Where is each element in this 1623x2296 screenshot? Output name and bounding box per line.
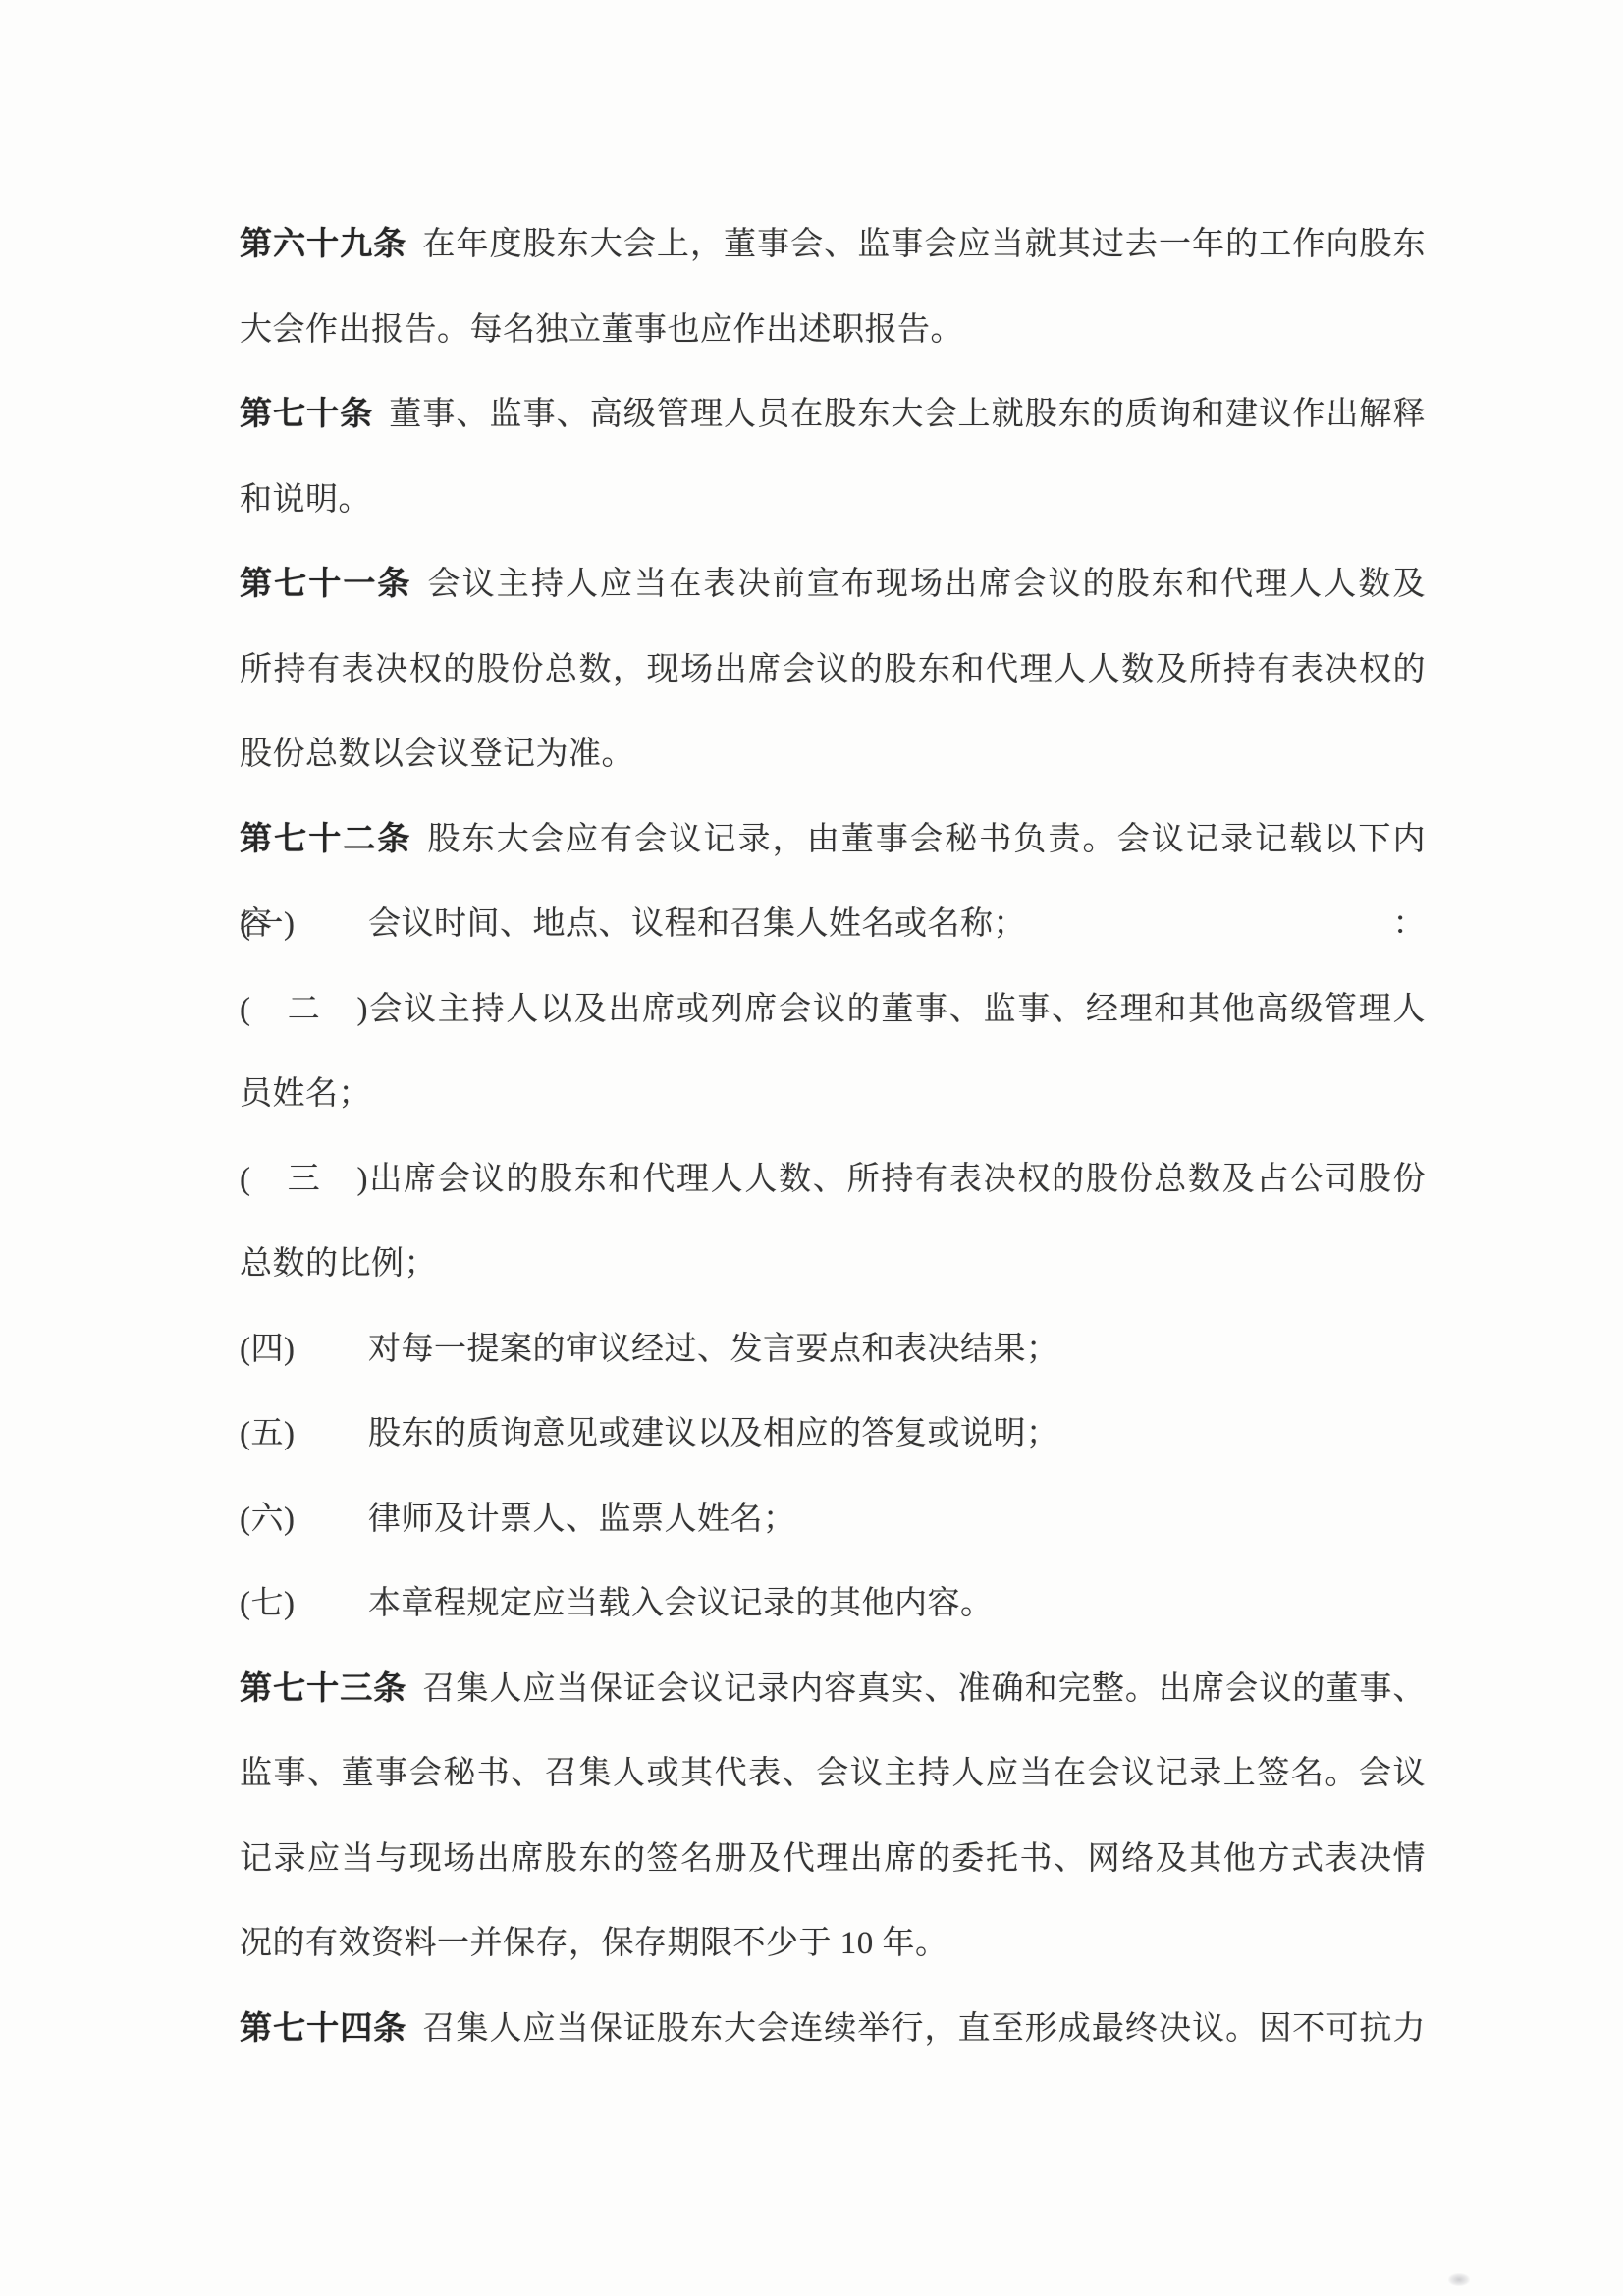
article-number: 第七十四条 <box>240 2011 406 2047</box>
text-line: 第七十三条召集人应当保证会议记录内容真实、准确和完整。出席会议的董事、 <box>240 1647 1426 1732</box>
line-text: 召集人应当保证股东大会连续举行，直至形成最终决议。因不可抗力 <box>422 2011 1426 2047</box>
text-line: 第七十二条股东大会应有会议记录，由董事会秘书负责。会议记录记载以下内容： <box>240 797 1426 883</box>
line-text: 和说明。 <box>240 482 371 518</box>
line-text: 员姓名； <box>240 1076 371 1112</box>
list-item-marker: (一) <box>240 882 368 967</box>
text-line: 总数的比例； <box>240 1222 1426 1307</box>
line-text: 监事、董事会秘书、召集人或其代表、会议主持人应当在会议记录上签名。会议 <box>240 1756 1426 1791</box>
line-text: 记录应当与现场出席股东的签名册及代理出席的委托书、网络及其他方式表决情 <box>240 1841 1426 1877</box>
list-item-marker: (六) <box>240 1477 368 1562</box>
article-number: 第六十九条 <box>240 227 406 262</box>
line-text: 所持有表决权的股份总数，现场出席会议的股东和代理人人数及所持有表决权的 <box>240 652 1426 687</box>
scan-artifact <box>1448 2273 1470 2286</box>
line-text: 会议时间、地点、议程和召集人姓名或名称； <box>368 906 1026 942</box>
list-item-marker: (七) <box>240 1561 368 1647</box>
article-number: 第七十条 <box>240 397 373 432</box>
line-text: 召集人应当保证会议记录内容真实、准确和完整。出席会议的董事、 <box>422 1671 1426 1707</box>
line-text: 出席会议的股东和代理人人数、所持有表决权的股份总数及占公司股份 <box>368 1162 1426 1197</box>
text-line: 况的有效资料一并保存，保存期限不少于 10 年。 <box>240 1901 1426 1987</box>
line-text: 况的有效资料一并保存，保存期限不少于 10 年。 <box>240 1926 948 1961</box>
document-page: 第六十九条在年度股东大会上，董事会、监事会应当就其过去一年的工作向股东大会作出报… <box>0 0 1623 2296</box>
text-line: (四)对每一提案的审议经过、发言要点和表决结果； <box>240 1307 1426 1393</box>
text-line: 第七十条董事、监事、高级管理人员在股东大会上就股东的质询和建议作出解释 <box>240 372 1426 458</box>
text-line: (六)律师及计票人、监票人姓名； <box>240 1477 1426 1562</box>
text-line: 股份总数以会议登记为准。 <box>240 712 1426 797</box>
list-item-marker: (二) <box>240 967 368 1053</box>
line-text: 股份总数以会议登记为准。 <box>240 737 634 772</box>
text-line: (七)本章程规定应当载入会议记录的其他内容。 <box>240 1561 1426 1647</box>
list-item-marker: (四) <box>240 1307 368 1393</box>
line-text: 董事、监事、高级管理人员在股东大会上就股东的质询和建议作出解释 <box>389 397 1426 432</box>
text-line: (三)出席会议的股东和代理人人数、所持有表决权的股份总数及占公司股份 <box>240 1137 1426 1223</box>
text-line: (二)会议主持人以及出席或列席会议的董事、监事、经理和其他高级管理人 <box>240 967 1426 1053</box>
text-line: 第六十九条在年度股东大会上，董事会、监事会应当就其过去一年的工作向股东 <box>240 202 1426 288</box>
article-number: 第七十二条 <box>240 822 412 857</box>
document-body: 第六十九条在年度股东大会上，董事会、监事会应当就其过去一年的工作向股东大会作出报… <box>240 202 1426 2071</box>
line-text: 本章程规定应当载入会议记录的其他内容。 <box>368 1586 994 1621</box>
text-line: 所持有表决权的股份总数，现场出席会议的股东和代理人人数及所持有表决权的 <box>240 628 1426 713</box>
text-line: (五)股东的质询意见或建议以及相应的答复或说明； <box>240 1392 1426 1477</box>
article-number: 第七十三条 <box>240 1671 406 1707</box>
text-line: 员姓名； <box>240 1052 1426 1137</box>
line-text: 在年度股东大会上，董事会、监事会应当就其过去一年的工作向股东 <box>422 227 1426 262</box>
list-item-marker: (三) <box>240 1137 368 1223</box>
text-line: 记录应当与现场出席股东的签名册及代理出席的委托书、网络及其他方式表决情 <box>240 1817 1426 1902</box>
line-text: 律师及计票人、监票人姓名； <box>368 1502 796 1537</box>
text-line: 第七十四条召集人应当保证股东大会连续举行，直至形成最终决议。因不可抗力 <box>240 1987 1426 2072</box>
line-text: 对每一提案的审议经过、发言要点和表决结果； <box>368 1332 1059 1367</box>
line-text: 大会作出报告。每名独立董事也应作出述职报告。 <box>240 312 963 348</box>
article-number: 第七十一条 <box>240 567 412 602</box>
text-line: 第七十一条会议主持人应当在表决前宣布现场出席会议的股东和代理人人数及 <box>240 542 1426 628</box>
list-item-marker: (五) <box>240 1392 368 1477</box>
text-line: 监事、董事会秘书、召集人或其代表、会议主持人应当在会议记录上签名。会议 <box>240 1731 1426 1817</box>
line-text: 会议主持人应当在表决前宣布现场出席会议的股东和代理人人数及 <box>428 567 1426 602</box>
text-line: 和说明。 <box>240 458 1426 543</box>
text-line: 大会作出报告。每名独立董事也应作出述职报告。 <box>240 288 1426 373</box>
line-text: 总数的比例； <box>240 1246 437 1282</box>
line-text: 股东的质询意见或建议以及相应的答复或说明； <box>368 1416 1059 1451</box>
line-text: 会议主持人以及出席或列席会议的董事、监事、经理和其他高级管理人 <box>368 992 1426 1027</box>
